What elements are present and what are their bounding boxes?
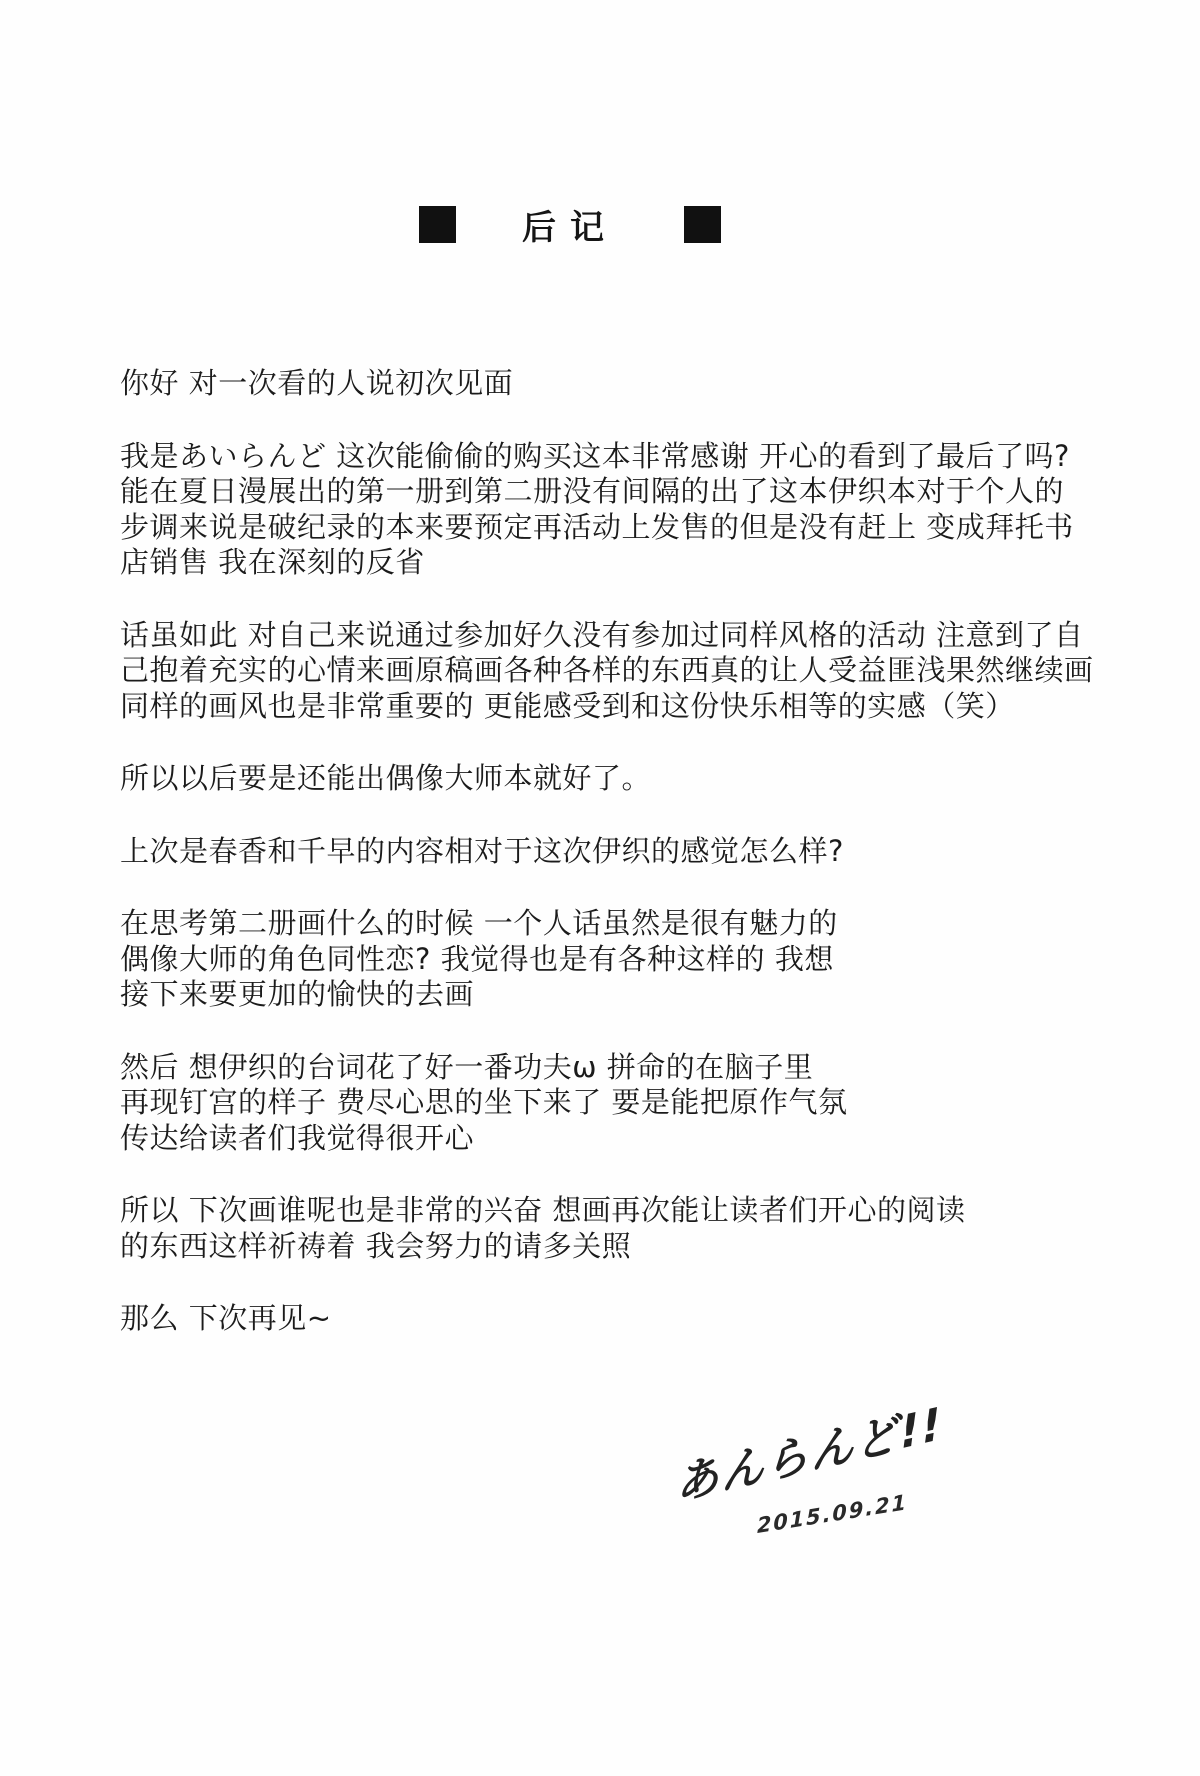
text-line: 接下来要更加的愉快的去画 bbox=[120, 977, 1130, 1013]
text-line: 我是あいらんど 这次能偷偷的购买这本非常感谢 开心的看到了最后了吗? bbox=[120, 439, 1130, 475]
page-title-text: 后记 bbox=[522, 200, 618, 249]
text-line: 店销售 我在深刻的反省 bbox=[120, 545, 1130, 581]
text-line: 那么 下次再见~ bbox=[120, 1301, 1130, 1337]
paragraph: 上次是春香和千早的内容相对于这次伊织的感觉怎么样? bbox=[120, 834, 1130, 870]
text-line: 在思考第二册画什么的时候 一个人话虽然是很有魅力的 bbox=[120, 906, 1130, 942]
paragraph: 话虽如此 对自己来说通过参加好久没有参加过同样风格的活动 注意到了自 己抱着充实… bbox=[120, 618, 1130, 725]
text-line: 所以以后要是还能出偶像大师本就好了。 bbox=[120, 761, 1130, 797]
afterword-page: 后记 你好 对一次看的人说初次见面 我是あいらんど 这次能偷偷的购买这本非常感谢… bbox=[0, 0, 1200, 1776]
paragraph: 然后 想伊织的台词花了好一番功夫ω 拼命的在脑子里 再现钉宫的样子 费尽心思的坐… bbox=[120, 1050, 1130, 1157]
text-line: 能在夏日漫展出的第一册到第二册没有间隔的出了这本伊织本对于个人的 bbox=[120, 474, 1130, 510]
text-line: 同样的画风也是非常重要的 更能感受到和这份快乐相等的实感（笑） bbox=[120, 689, 1130, 725]
paragraph: 我是あいらんど 这次能偷偷的购买这本非常感谢 开心的看到了最后了吗? 能在夏日漫… bbox=[120, 439, 1130, 581]
black-square-icon bbox=[419, 206, 456, 243]
text-line: 步调来说是破纪录的本来要预定再活动上发售的但是没有赶上 变成拜托书 bbox=[120, 510, 1130, 546]
paragraph: 所以以后要是还能出偶像大师本就好了。 bbox=[120, 761, 1130, 797]
signature-date: 2015.09.21 bbox=[757, 1490, 908, 1538]
text-line: 上次是春香和千早的内容相对于这次伊织的感觉怎么样? bbox=[120, 834, 1130, 870]
afterword-body: 你好 对一次看的人说初次见面 我是あいらんど 这次能偷偷的购买这本非常感谢 开心… bbox=[120, 366, 1130, 1374]
text-line: 话虽如此 对自己来说通过参加好久没有参加过同样风格的活动 注意到了自 bbox=[120, 618, 1130, 654]
text-line: 偶像大师的角色同性恋? 我觉得也是有各种这样的 我想 bbox=[120, 942, 1130, 978]
paragraph: 在思考第二册画什么的时候 一个人话虽然是很有魅力的 偶像大师的角色同性恋? 我觉… bbox=[120, 906, 1130, 1013]
text-line: 己抱着充实的心情来画原稿画各种各样的东西真的让人受益匪浅果然继续画 bbox=[120, 653, 1130, 689]
paragraph: 所以 下次画谁呢也是非常的兴奋 想画再次能让读者们开心的阅读 的东西这样祈祷着 … bbox=[120, 1193, 1130, 1264]
text-line: 的东西这样祈祷着 我会努力的请多关照 bbox=[120, 1229, 1130, 1265]
text-line: 所以 下次画谁呢也是非常的兴奋 想画再次能让读者们开心的阅读 bbox=[120, 1193, 1130, 1229]
paragraph: 那么 下次再见~ bbox=[120, 1301, 1130, 1337]
page-title: 后记 bbox=[0, 200, 1140, 249]
text-line: 然后 想伊织的台词花了好一番功夫ω 拼命的在脑子里 bbox=[120, 1050, 1130, 1086]
text-line: 再现钉宫的样子 费尽心思的坐下来了 要是能把原作气氛 bbox=[120, 1085, 1130, 1121]
black-square-icon bbox=[684, 206, 721, 243]
paragraph: 你好 对一次看的人说初次见面 bbox=[120, 366, 1130, 402]
text-line: 你好 对一次看的人说初次见面 bbox=[120, 366, 1130, 402]
text-line: 传达给读者们我觉得很开心 bbox=[120, 1121, 1130, 1157]
